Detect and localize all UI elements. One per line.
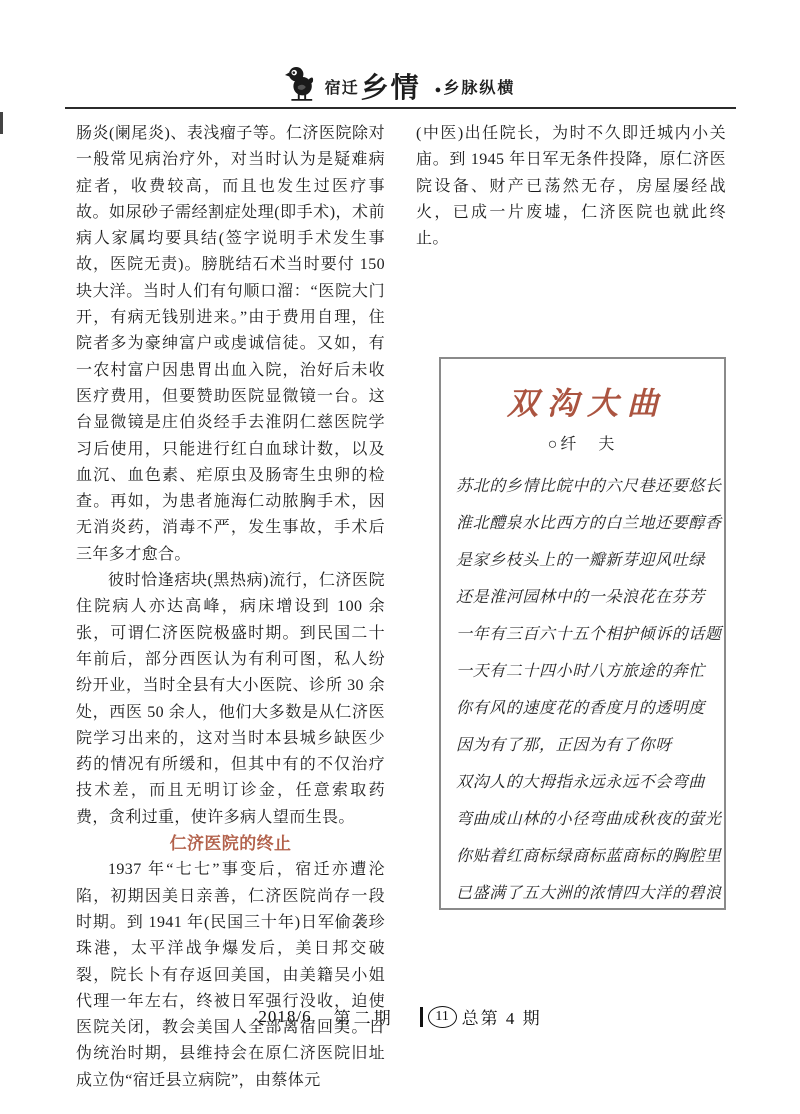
- page-number-badge: 11: [428, 1006, 457, 1028]
- poem-line: 淮北醴泉水比西方的白兰地还要醇香: [456, 505, 724, 542]
- header-rule: [65, 107, 736, 109]
- left-column: 肠炎(阑尾炎)、表浅瘤子等。仁济医院除对一般常见病治疗外，对当时认为是疑难病症者…: [76, 121, 385, 1094]
- poem-line: 双沟人的大拇指永远永远不会弯曲: [456, 764, 724, 801]
- section-name: 乡脉纵横: [443, 75, 515, 98]
- brand-title: 乡情: [361, 74, 421, 102]
- poem-line: 弯曲成山林的小径弯曲成秋夜的萤光: [456, 801, 724, 838]
- brand-prefix: 宿迁: [325, 75, 359, 98]
- paragraph: 1937 年“七七”事变后，宿迁亦遭沦陷，初期因美日亲善，仁济医院尚存一段时期。…: [76, 857, 385, 1094]
- scan-artifact: [0, 112, 3, 134]
- section-heading: 仁济医院的终止: [76, 831, 385, 857]
- paragraph: 肠炎(阑尾炎)、表浅瘤子等。仁济医院除对一般常见病治疗外，对当时认为是疑难病症者…: [76, 121, 385, 568]
- poem-line: 一年有三百六十五个相护倾诉的话题: [456, 616, 724, 653]
- page-footer: 2018/6 第二期 11 总第 4 期: [0, 1004, 800, 1029]
- paragraph: 彼时恰逢痞块(黑热病)流行，仁济医院住院病人亦达高峰，病床增设到 100 余张，…: [76, 568, 385, 831]
- right-column: (中医)出任院长，为时不久即迁城内小关庙。到 1945 年日军无条件投降，原仁济…: [416, 121, 726, 252]
- poem-title: 双沟大曲: [441, 385, 724, 422]
- poem-line: 已盛满了五大洲的浓情四大洋的碧浪: [456, 875, 724, 912]
- volume-label: 总第 4 期: [462, 1004, 542, 1029]
- poem-line: 你贴着红商标绿商标蓝商标的胸腔里: [456, 838, 724, 875]
- bird-chick-logo-icon: [285, 64, 317, 102]
- footer-divider: [420, 1007, 423, 1027]
- poem-box: 双沟大曲 ○纤 夫 苏北的乡情比皖中的六尺巷还要悠长 淮北醴泉水比西方的白兰地还…: [439, 357, 726, 910]
- poem-line: 苏北的乡情比皖中的六尺巷还要悠长: [456, 468, 724, 505]
- issue-date: 2018/6: [258, 1007, 311, 1027]
- poem-body: 苏北的乡情比皖中的六尺巷还要悠长 淮北醴泉水比西方的白兰地还要醇香 是家乡枝头上…: [441, 468, 724, 912]
- paragraph: (中医)出任院长，为时不久即迁城内小关庙。到 1945 年日军无条件投降，原仁济…: [416, 121, 726, 252]
- bullet-icon: ●: [435, 84, 442, 96]
- poem-line: 是家乡枝头上的一瓣新芽迎风吐绿: [456, 542, 724, 579]
- magazine-page: 宿迁 乡情 ● 乡脉纵横 肠炎(阑尾炎)、表浅瘤子等。仁济医院除对一般常见病治疗…: [0, 0, 800, 1114]
- issue-label: 第二期: [334, 1004, 394, 1029]
- poem-author: ○纤 夫: [441, 431, 724, 454]
- poem-line: 还是淮河园林中的一朵浪花在芬芳: [456, 579, 724, 616]
- page-header: 宿迁 乡情 ● 乡脉纵横: [0, 64, 800, 102]
- poem-line: 你有风的速度花的香度月的透明度: [456, 690, 724, 727]
- poem-line: 一天有二十四小时八方旅途的奔忙: [456, 653, 724, 690]
- poem-line: 因为有了那，正因为有了你呀: [456, 727, 724, 764]
